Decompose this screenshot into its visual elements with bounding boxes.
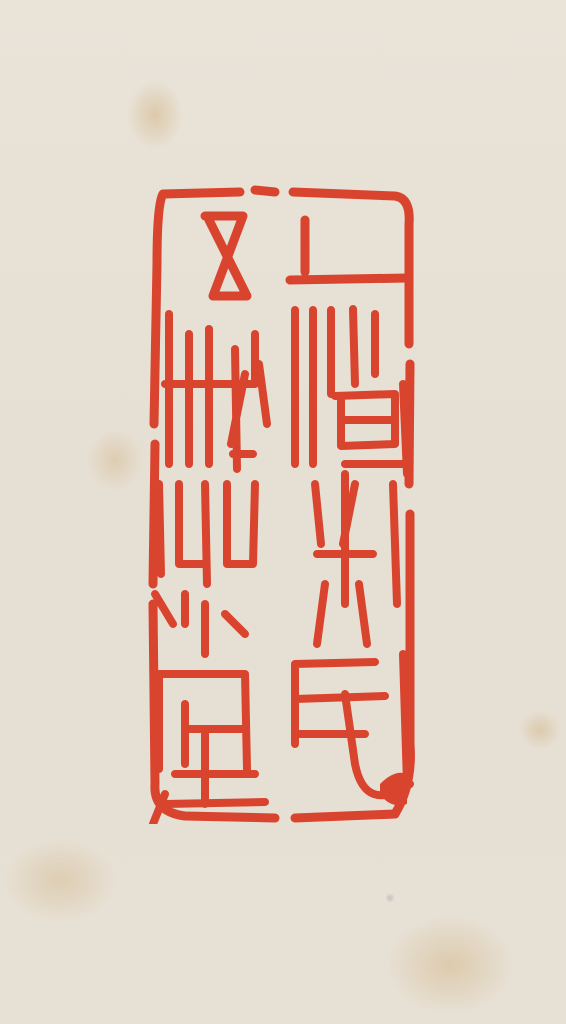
- seal-script-glyphs: [145, 184, 417, 824]
- red-seal-impression: Red seal impression with seal-script cha…: [145, 184, 417, 824]
